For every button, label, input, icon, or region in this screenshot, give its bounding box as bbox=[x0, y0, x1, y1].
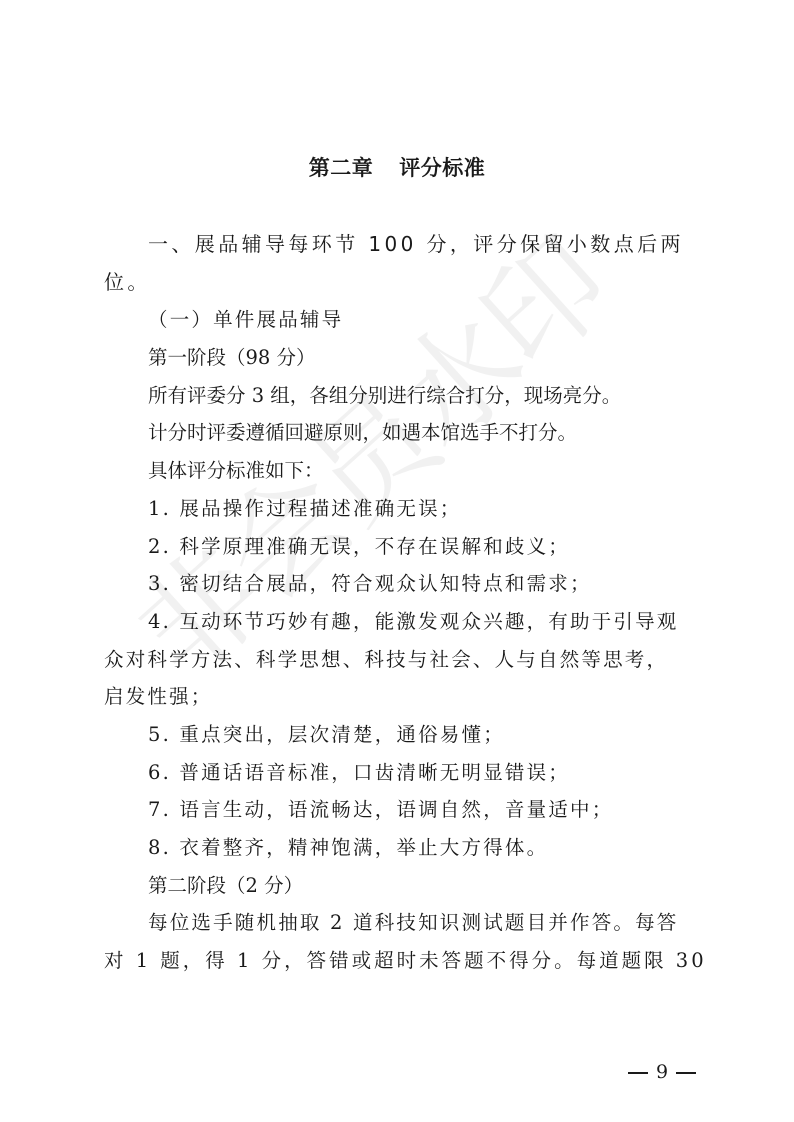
stage-one-description: 所有评委分 3 组，各组分别进行综合打分，现场亮分。 bbox=[104, 377, 692, 415]
stage-two-description-continued: 对 1 题，得 1 分，答错或超时未答题不得分。每道题限 30 bbox=[104, 942, 692, 980]
criterion-4: 4. 互动环节巧妙有趣，能激发观众兴趣，有助于引导观 bbox=[104, 603, 692, 641]
criterion-6: 6. 普通话语音标准，口齿清晰无明显错误； bbox=[104, 754, 692, 792]
criterion-2: 2. 科学原理准确无误，不存在误解和歧义； bbox=[104, 528, 692, 566]
chapter-title: 第二章评分标准 bbox=[0, 152, 794, 182]
page-number-dash-left bbox=[628, 1072, 648, 1074]
criteria-intro: 具体评分标准如下： bbox=[104, 452, 692, 490]
page-number-dash-right bbox=[676, 1072, 696, 1074]
document-page: 非会员水印 第二章评分标准 一、展品辅导每环节 100 分，评分保留小数点后两 … bbox=[0, 0, 794, 1122]
page-number-value: 9 bbox=[656, 1061, 668, 1083]
criterion-3: 3. 密切结合展品，符合观众认知特点和需求； bbox=[104, 565, 692, 603]
criterion-4-end: 启发性强； bbox=[104, 678, 692, 716]
chapter-name: 评分标准 bbox=[399, 156, 485, 180]
chapter-number: 第二章 bbox=[309, 156, 374, 180]
document-body: 一、展品辅导每环节 100 分，评分保留小数点后两 位。 （一）单件展品辅导 第… bbox=[104, 226, 692, 980]
page-number: 9 bbox=[620, 1061, 704, 1083]
criterion-8: 8. 衣着整齐，精神饱满，举止大方得体。 bbox=[104, 829, 692, 867]
stage-one-recusal-rule: 计分时评委遵循回避原则，如遇本馆选手不打分。 bbox=[104, 414, 692, 452]
criterion-7: 7. 语言生动，语流畅达，语调自然，音量适中； bbox=[104, 791, 692, 829]
criterion-5: 5. 重点突出，层次清楚，通俗易懂； bbox=[104, 716, 692, 754]
criterion-1: 1. 展品操作过程描述准确无误； bbox=[104, 490, 692, 528]
stage-two-description: 每位选手随机抽取 2 道科技知识测试题目并作答。每答 bbox=[104, 904, 692, 942]
section-heading-single-exhibit: （一）单件展品辅导 bbox=[104, 301, 692, 339]
stage-one-heading: 第一阶段（98 分） bbox=[104, 339, 692, 377]
heading-scoring-rule-continued: 位。 bbox=[104, 264, 692, 302]
criterion-4-continued: 众对科学方法、科学思想、科技与社会、人与自然等思考， bbox=[104, 641, 692, 679]
heading-scoring-rule: 一、展品辅导每环节 100 分，评分保留小数点后两 bbox=[104, 226, 692, 264]
stage-two-heading: 第二阶段（2 分） bbox=[104, 867, 692, 905]
